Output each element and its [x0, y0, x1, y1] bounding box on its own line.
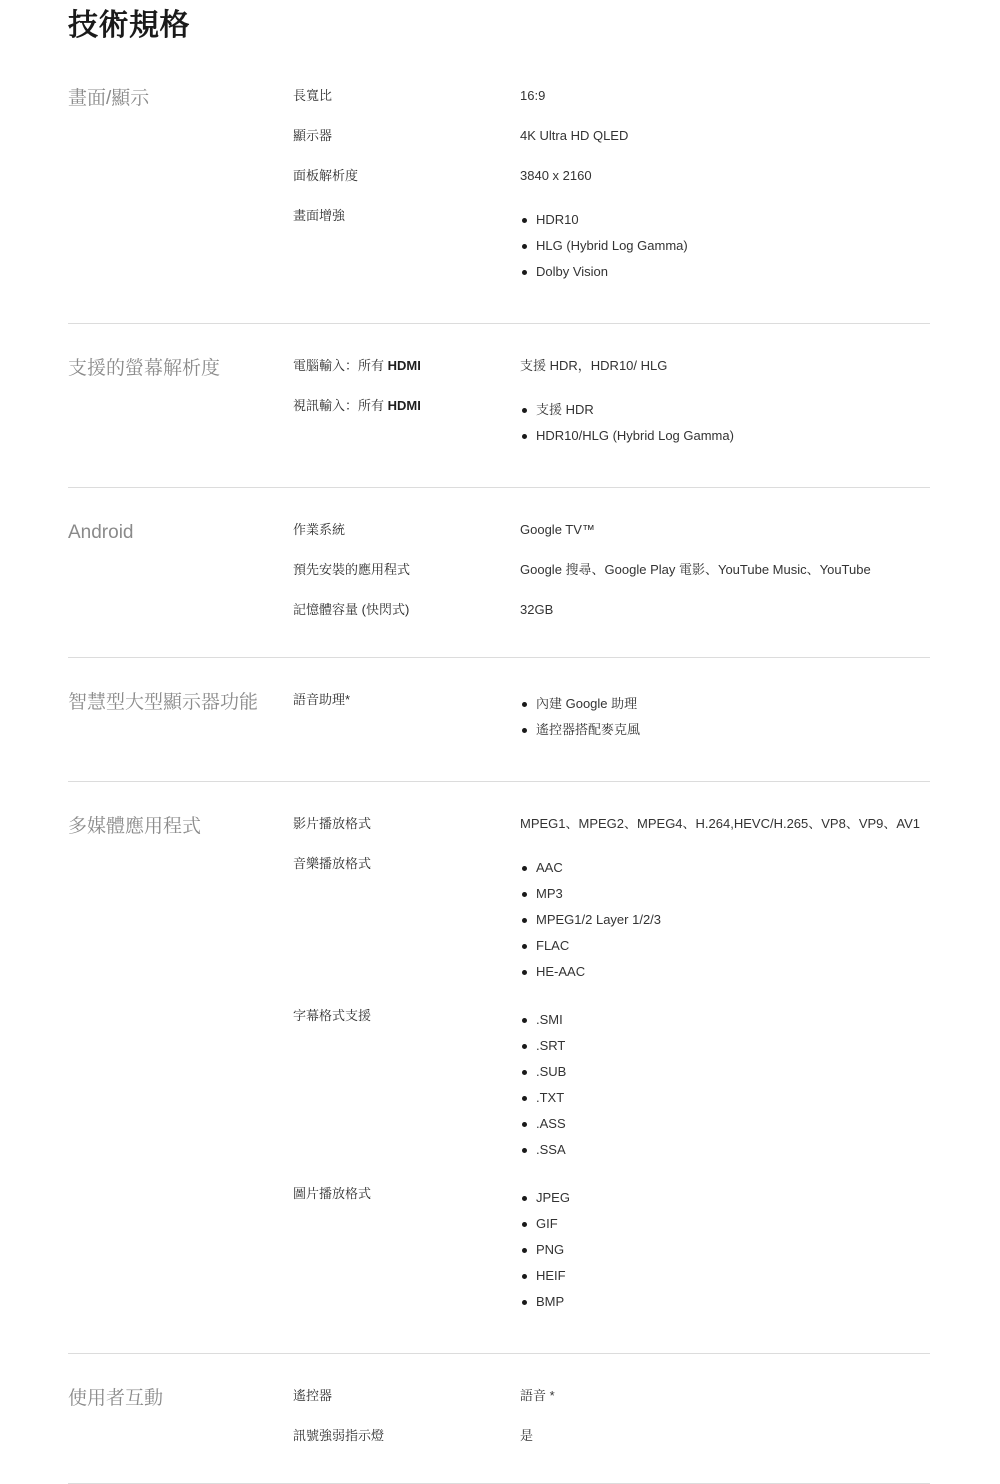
spec-label-strong: HDMI: [388, 398, 421, 413]
spec-row: 記憶體容量 (快閃式)32GB: [293, 601, 930, 619]
spec-label-strong: HDMI: [388, 358, 421, 373]
bullet-item: HE-AAC: [520, 959, 930, 985]
category-label: 畫面/顯示: [68, 87, 293, 285]
spec-value: 支援 HDRHDR10/HLG (Hybrid Log Gamma): [520, 397, 930, 449]
spec-section: 智慧型大型顯示器功能語音助理*內建 Google 助理遙控器搭配麥克風: [68, 658, 930, 782]
spec-row: 影片播放格式MPEG1、MPEG2、MPEG4、H.264,HEVC/H.265…: [293, 815, 930, 833]
category-label: 多媒體應用程式: [68, 815, 293, 1315]
bullet-item: .ASS: [520, 1111, 930, 1137]
bullet-item: FLAC: [520, 933, 930, 959]
spec-value: MPEG1、MPEG2、MPEG4、H.264,HEVC/H.265、VP8、V…: [520, 815, 930, 833]
bullet-item: Dolby Vision: [520, 259, 930, 285]
spec-row: 預先安裝的應用程式Google 搜尋、Google Play 電影、YouTub…: [293, 561, 930, 579]
spec-label: 視訊輸入：所有 HDMI: [293, 397, 520, 449]
spec-row: 作業系統Google TV™: [293, 521, 930, 539]
spec-row: 面板解析度3840 x 2160: [293, 167, 930, 185]
spec-label: 記憶體容量 (快閃式): [293, 601, 520, 619]
spec-label: 圖片播放格式: [293, 1185, 520, 1315]
bullet-list: HDR10HLG (Hybrid Log Gamma)Dolby Vision: [520, 207, 930, 285]
spec-label: 畫面增強: [293, 207, 520, 285]
spec-value: 支援 HDR，HDR10/ HLG: [520, 357, 930, 375]
bullet-item: 內建 Google 助理: [520, 691, 930, 717]
spec-label: 面板解析度: [293, 167, 520, 185]
spec-value-text: 支援 HDR，HDR10/ HLG: [520, 358, 667, 373]
spec-value: 3840 x 2160: [520, 167, 930, 185]
spec-section: 支援的螢幕解析度電腦輸入：所有 HDMI支援 HDR，HDR10/ HLG視訊輸…: [68, 324, 930, 488]
spec-rows: 長寬比16:9顯示器4K Ultra HD QLED面板解析度3840 x 21…: [293, 87, 930, 285]
category-label: 使用者互動: [68, 1387, 293, 1445]
spec-row: 畫面增強HDR10HLG (Hybrid Log Gamma)Dolby Vis…: [293, 207, 930, 285]
spec-sections: 畫面/顯示長寬比16:9顯示器4K Ultra HD QLED面板解析度3840…: [68, 54, 930, 1484]
spec-row: 字幕格式支援.SMI.SRT.SUB.TXT.ASS.SSA: [293, 1007, 930, 1163]
spec-value-text: 語音 *: [520, 1388, 555, 1403]
bullet-list: .SMI.SRT.SUB.TXT.ASS.SSA: [520, 1007, 930, 1163]
spec-value-text: 3840 x 2160: [520, 168, 592, 183]
bullet-item: 遙控器搭配麥克風: [520, 717, 930, 743]
bullet-item: .TXT: [520, 1085, 930, 1111]
spec-value-text: Google 搜尋、Google Play 電影、YouTube Music、Y…: [520, 562, 871, 577]
spec-rows: 影片播放格式MPEG1、MPEG2、MPEG4、H.264,HEVC/H.265…: [293, 815, 930, 1315]
bullet-item: MP3: [520, 881, 930, 907]
spec-section: 畫面/顯示長寬比16:9顯示器4K Ultra HD QLED面板解析度3840…: [68, 54, 930, 324]
spec-value: 32GB: [520, 601, 930, 619]
spec-value: JPEGGIFPNGHEIFBMP: [520, 1185, 930, 1315]
category-label: 智慧型大型顯示器功能: [68, 691, 293, 743]
bullet-list: 支援 HDRHDR10/HLG (Hybrid Log Gamma): [520, 397, 930, 449]
spec-row: 音樂播放格式AACMP3MPEG1/2 Layer 1/2/3FLACHE-AA…: [293, 855, 930, 985]
spec-value: Google TV™: [520, 521, 930, 539]
spec-value: HDR10HLG (Hybrid Log Gamma)Dolby Vision: [520, 207, 930, 285]
spec-page: 技術規格 畫面/顯示長寬比16:9顯示器4K Ultra HD QLED面板解析…: [0, 0, 1000, 1484]
spec-label: 遙控器: [293, 1387, 520, 1405]
spec-label: 音樂播放格式: [293, 855, 520, 985]
page-title: 技術規格: [68, 8, 930, 44]
spec-value: .SMI.SRT.SUB.TXT.ASS.SSA: [520, 1007, 930, 1163]
spec-label: 顯示器: [293, 127, 520, 145]
spec-value-text: 16:9: [520, 88, 545, 103]
spec-value-text: Google TV™: [520, 522, 595, 537]
bullet-item: .SRT: [520, 1033, 930, 1059]
spec-value: 是: [520, 1427, 930, 1445]
spec-row: 電腦輸入：所有 HDMI支援 HDR，HDR10/ HLG: [293, 357, 930, 375]
bullet-item: AAC: [520, 855, 930, 881]
spec-label: 影片播放格式: [293, 815, 520, 833]
spec-row: 遙控器語音 *: [293, 1387, 930, 1405]
spec-label: 長寬比: [293, 87, 520, 105]
spec-rows: 作業系統Google TV™預先安裝的應用程式Google 搜尋、Google …: [293, 521, 930, 619]
spec-value: AACMP3MPEG1/2 Layer 1/2/3FLACHE-AAC: [520, 855, 930, 985]
spec-row: 長寬比16:9: [293, 87, 930, 105]
spec-label: 電腦輸入：所有 HDMI: [293, 357, 520, 375]
spec-value: Google 搜尋、Google Play 電影、YouTube Music、Y…: [520, 561, 930, 579]
bullet-list: 內建 Google 助理遙控器搭配麥克風: [520, 691, 930, 743]
spec-section: Android作業系統Google TV™預先安裝的應用程式Google 搜尋、…: [68, 488, 930, 658]
spec-value: 16:9: [520, 87, 930, 105]
category-label: 支援的螢幕解析度: [68, 357, 293, 449]
bullet-item: HEIF: [520, 1263, 930, 1289]
spec-label: 字幕格式支援: [293, 1007, 520, 1163]
bullet-item: JPEG: [520, 1185, 930, 1211]
spec-value-text: MPEG1、MPEG2、MPEG4、H.264,HEVC/H.265、VP8、V…: [520, 816, 920, 831]
bullet-item: MPEG1/2 Layer 1/2/3: [520, 907, 930, 933]
spec-row: 訊號強弱指示燈是: [293, 1427, 930, 1445]
bullet-item: HDR10/HLG (Hybrid Log Gamma): [520, 423, 930, 449]
spec-label: 語音助理*: [293, 691, 520, 743]
spec-value-text: 是: [520, 1428, 533, 1443]
spec-value-text: 32GB: [520, 602, 553, 617]
bullet-item: PNG: [520, 1237, 930, 1263]
bullet-item: GIF: [520, 1211, 930, 1237]
spec-section: 使用者互動遙控器語音 *訊號強弱指示燈是: [68, 1354, 930, 1484]
bullet-item: HDR10: [520, 207, 930, 233]
bullet-item: 支援 HDR: [520, 397, 930, 423]
spec-row: 圖片播放格式JPEGGIFPNGHEIFBMP: [293, 1185, 930, 1315]
spec-label: 訊號強弱指示燈: [293, 1427, 520, 1445]
spec-value: 內建 Google 助理遙控器搭配麥克風: [520, 691, 930, 743]
spec-section: 多媒體應用程式影片播放格式MPEG1、MPEG2、MPEG4、H.264,HEV…: [68, 782, 930, 1354]
spec-rows: 語音助理*內建 Google 助理遙控器搭配麥克風: [293, 691, 930, 743]
spec-value: 4K Ultra HD QLED: [520, 127, 930, 145]
spec-label: 作業系統: [293, 521, 520, 539]
bullet-list: JPEGGIFPNGHEIFBMP: [520, 1185, 930, 1315]
spec-rows: 遙控器語音 *訊號強弱指示燈是: [293, 1387, 930, 1445]
spec-value: 語音 *: [520, 1387, 930, 1405]
bullet-list: AACMP3MPEG1/2 Layer 1/2/3FLACHE-AAC: [520, 855, 930, 985]
spec-row: 視訊輸入：所有 HDMI支援 HDRHDR10/HLG (Hybrid Log …: [293, 397, 930, 449]
bullet-item: .SUB: [520, 1059, 930, 1085]
bullet-item: BMP: [520, 1289, 930, 1315]
bullet-item: .SMI: [520, 1007, 930, 1033]
spec-rows: 電腦輸入：所有 HDMI支援 HDR，HDR10/ HLG視訊輸入：所有 HDM…: [293, 357, 930, 449]
spec-row: 顯示器4K Ultra HD QLED: [293, 127, 930, 145]
category-label: Android: [68, 521, 293, 619]
spec-value-text: 4K Ultra HD QLED: [520, 128, 628, 143]
bullet-item: .SSA: [520, 1137, 930, 1163]
spec-row: 語音助理*內建 Google 助理遙控器搭配麥克風: [293, 691, 930, 743]
spec-label: 預先安裝的應用程式: [293, 561, 520, 579]
bullet-item: HLG (Hybrid Log Gamma): [520, 233, 930, 259]
